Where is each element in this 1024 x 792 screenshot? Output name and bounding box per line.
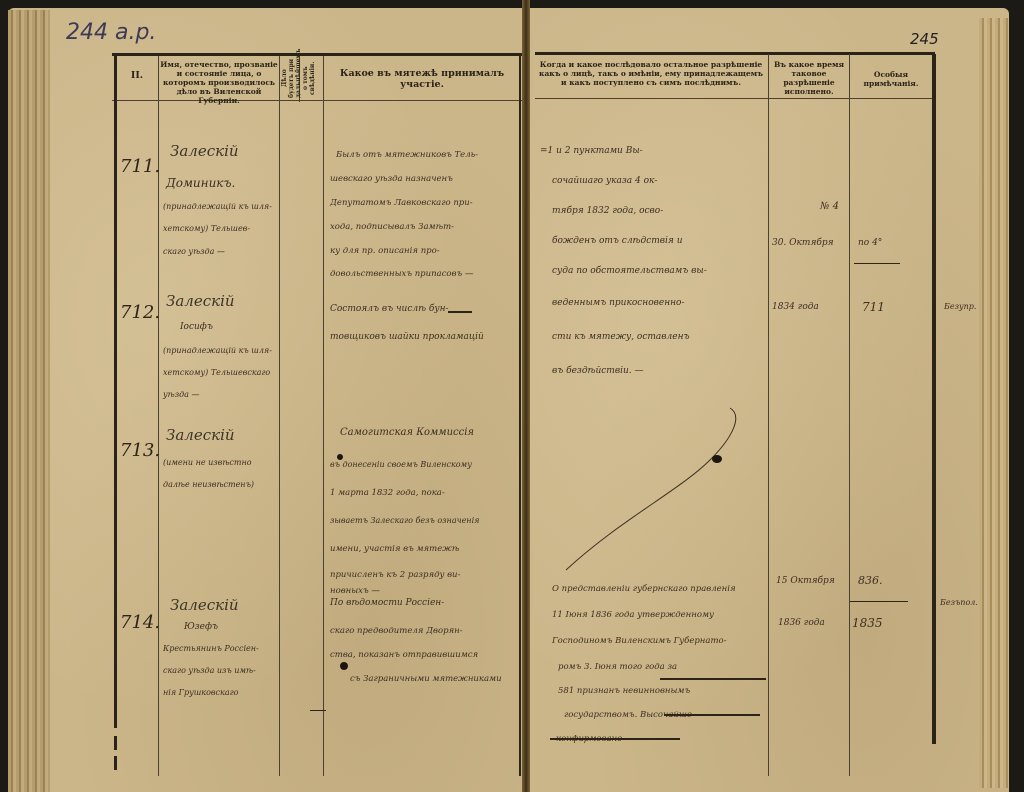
notes-ref: 836. xyxy=(858,570,883,592)
book-gutter xyxy=(522,0,530,792)
entry-surname: Залескій xyxy=(166,290,235,312)
ink-blot xyxy=(712,455,722,463)
participation-line: съ Заграничными мятежниками xyxy=(350,668,502,690)
notes-ref: 711 xyxy=(862,296,885,318)
entry-surname: Залескій xyxy=(170,140,239,162)
notes-ref-underline xyxy=(850,601,908,602)
entry-name-line: далѣе неизвѣстенъ) xyxy=(163,474,254,496)
entry-name-line: нія Грушковскаго xyxy=(163,682,238,704)
col-divider-executed xyxy=(849,54,850,776)
entry-name-line: (принадлежащій къ шля- xyxy=(163,340,272,362)
right-table-top-rule xyxy=(535,52,935,55)
participation-line: довольственныхъ припасовъ — xyxy=(330,263,473,285)
resolution-underline xyxy=(550,738,680,740)
entry-number: 713. xyxy=(120,440,160,461)
header-vertical: Дѣло будетъ при дальнѣйшемъ о томъ свѣдѣ… xyxy=(281,58,321,98)
notes-ref: по 4° xyxy=(858,232,882,254)
participation-line: Былъ отъ мятежниковъ Тель- xyxy=(336,144,478,166)
participation-line: имени, участія въ мятежѣ xyxy=(330,538,459,560)
entry-name-line: Доминикъ. xyxy=(166,172,235,194)
row-end-mark xyxy=(310,710,326,711)
entry-number: 712. xyxy=(120,302,160,323)
right-header-bottom-rule xyxy=(535,98,935,99)
participation-strikethrough xyxy=(448,311,472,313)
right-page-edges xyxy=(979,18,1009,788)
margin-mark xyxy=(114,756,117,770)
participation-line: 1 марта 1832 года, пока- xyxy=(330,482,445,504)
header-name: Имя, отечество, прозваніе и состояніе ли… xyxy=(160,60,278,105)
col-divider-name xyxy=(279,56,280,776)
participation-line: Депутатомъ Лавковскаго при- xyxy=(330,192,473,214)
margin-mark xyxy=(114,736,117,750)
entry-number: 714. xyxy=(120,612,160,633)
participation-line: въ донесеніи своемъ Виленскому xyxy=(330,454,472,476)
executed-date: 30. Октября xyxy=(772,232,834,254)
entry-name-line: Іосифъ xyxy=(180,316,213,338)
resolution-line: =1 и 2 пунктами Вы- xyxy=(540,140,643,162)
pen-stroke-mark xyxy=(560,400,750,580)
participation-line: Состоялъ въ числѣ бун- xyxy=(330,298,449,320)
header-participation: Какое въ мятежѣ принималъ участіе. xyxy=(326,68,518,90)
entry-name-line: Юзефъ xyxy=(184,616,218,638)
header-executed: Въ какое время таковое разрѣшеніе исполн… xyxy=(770,60,848,96)
entry-name-line: уѣзда — xyxy=(163,384,199,406)
participation-line: товщиковъ шайки прокламацій xyxy=(330,326,484,348)
participation-line: ку для пр. описанія про- xyxy=(330,240,440,262)
resolution-line: сочайшаго указа 4 ок- xyxy=(552,170,657,192)
executed-date: 15 Октября xyxy=(776,570,835,592)
participation-line: ства, показанъ отправившимся xyxy=(330,644,478,666)
entry-surname: Залескій xyxy=(166,424,235,446)
left-page-edges xyxy=(8,10,50,792)
entry-name-line: (принадлежащій къ шля- xyxy=(163,196,272,218)
entry-name-line: хетскому) Тельшев- xyxy=(163,218,250,240)
executed-date: 1836 года xyxy=(778,612,825,634)
resolution-line: О представленіи губернскаго правленія xyxy=(552,578,736,600)
entry-number: 711. xyxy=(120,156,160,177)
entry-name-line: скаго уѣзда изъ имѣ- xyxy=(163,660,256,682)
participation-line: зываетъ Залескаго безъ означенія xyxy=(330,510,479,532)
executed-date: 1834 года xyxy=(772,296,819,318)
resolution-line: въ бездѣйствіи. — xyxy=(552,360,643,382)
folio-number-left: 244 а.р. xyxy=(66,20,156,45)
resolution-line: сти къ мятежу, оставленъ xyxy=(552,326,690,348)
resolution-line: веденнымъ прикосновенно- xyxy=(552,292,685,314)
entry-name-line: (имени не извѣстно xyxy=(163,452,252,474)
left-table-right-line xyxy=(519,56,521,776)
resolution-strikethrough xyxy=(660,678,766,680)
notes-ref-underline xyxy=(854,263,900,264)
executed-extra: № 4 xyxy=(820,196,839,218)
entry-surname: Залескій xyxy=(170,594,239,616)
resolution-underline xyxy=(664,714,760,716)
participation-line: скаго предводителя Дворян- xyxy=(330,620,463,642)
col-divider-resolution xyxy=(768,54,769,776)
header-number: II. xyxy=(118,70,156,81)
open-ledger-book: 244 а.р. 245 II. Имя, отечество, прозван… xyxy=(0,0,1024,792)
remark: Безъпол. xyxy=(940,592,978,614)
resolution-line: суда по обстоятельствамъ вы- xyxy=(552,260,707,282)
participation-line: Самогитская Коммиссія xyxy=(340,422,474,444)
right-table-outer-line xyxy=(932,54,936,744)
left-table-outer-line xyxy=(114,56,117,728)
participation-line: хода, подписывалъ Замѣт- xyxy=(330,216,454,238)
participation-line: шевскаго уѣзда назначенъ xyxy=(330,168,453,190)
ink-blot xyxy=(337,454,343,460)
entry-name-line: Крестьянинъ Россіен- xyxy=(163,638,259,660)
resolution-line: 11 Іюня 1836 года утвержденному xyxy=(552,604,714,626)
col-divider-vertical-2 xyxy=(323,56,324,776)
header-resolution: Когда и какое послѣдовало остальное разр… xyxy=(536,60,766,87)
participation-line: По вѣдомости Россіен- xyxy=(330,592,444,614)
header-notes: Особыя примѣчанія. xyxy=(851,70,931,88)
notes-ref: 1835 xyxy=(852,612,883,634)
resolution-line: Господиномъ Виленскимъ Губернато- xyxy=(552,630,727,652)
resolution-line: тября 1832 года, осво- xyxy=(552,200,663,222)
entry-name-line: хетскому) Тельшевскаго xyxy=(163,362,270,384)
resolution-line: ромъ 3. Іюня того года за xyxy=(558,656,677,678)
left-table-top-rule xyxy=(112,53,522,56)
folio-number-right: 245 xyxy=(910,30,939,48)
remark: Безупр. xyxy=(944,296,976,318)
resolution-line: божденъ отъ слѣдствія и xyxy=(552,230,683,252)
resolution-line: 581 признанъ невинновнымъ xyxy=(558,680,690,702)
entry-name-line: скаго уѣзда — xyxy=(163,241,225,263)
